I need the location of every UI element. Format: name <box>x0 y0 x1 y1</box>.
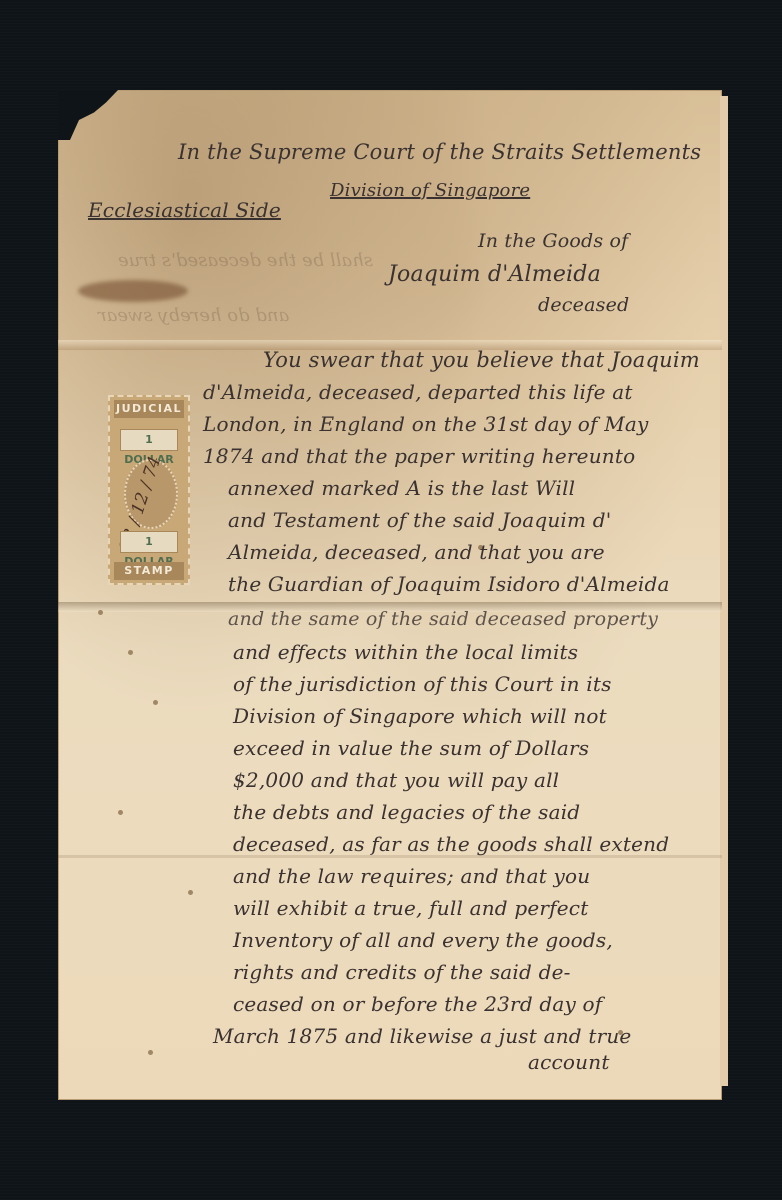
deceased-name: Joaquim d'Almeida <box>388 262 601 287</box>
document-page: shall be the deceased's true and do here… <box>58 90 722 1100</box>
body-line: rights and credits of the said de- <box>233 960 571 984</box>
stamp-value: 1 DOLLAR <box>120 531 178 553</box>
body-line: and effects within the local limits <box>233 640 578 664</box>
matter-line: deceased <box>538 294 629 316</box>
body-line: London, in England on the 31st day of Ma… <box>203 412 649 436</box>
body-line: Division of Singapore which will not <box>233 704 607 728</box>
jurisdiction-heading: Ecclesiastical Side <box>88 198 281 222</box>
body-line: will exhibit a true, full and perfect <box>233 896 588 920</box>
foxing-spot <box>153 700 158 705</box>
foxing-spot <box>118 810 123 815</box>
body-line: ceased on or before the 23rd day of <box>233 992 602 1016</box>
bleed-through-text: shall be the deceased's true <box>118 250 373 271</box>
body-line: and the same of the said deceased proper… <box>228 608 658 630</box>
body-line: You swear that you believe that Joaquim <box>263 348 700 372</box>
stamp-bottom-label: STAMP <box>114 562 184 580</box>
body-line-final: account <box>528 1050 610 1074</box>
foxing-spot <box>128 650 133 655</box>
body-line: deceased, as far as the goods shall exte… <box>233 832 669 856</box>
body-line: 1874 and that the paper writing hereunto <box>203 444 635 468</box>
body-line: and the law requires; and that you <box>233 864 590 888</box>
body-line: of the jurisdiction of this Court in its <box>233 672 612 696</box>
body-line: Inventory of all and every the goods, <box>233 928 613 952</box>
division-heading: Division of Singapore <box>330 180 530 201</box>
body-line: the debts and legacies of the said <box>233 800 580 824</box>
body-line: March 1875 and likewise a just and true <box>213 1024 631 1048</box>
foxing-spot <box>148 1050 153 1055</box>
stamp-value: 1 DOLLAR <box>120 429 178 451</box>
body-line: d'Almeida, deceased, departed this life … <box>203 380 633 404</box>
body-line: $2,000 and that you will pay all <box>233 768 559 792</box>
bleed-through-text: and do hereby swear <box>98 305 289 326</box>
ink-stain <box>78 280 188 302</box>
body-line: Almeida, deceased, and that you are <box>228 540 605 564</box>
judicial-stamp: JUDICIAL 1 DOLLAR 23 / 12 / 74 1 DOLLAR … <box>108 395 190 585</box>
body-line: and Testament of the said Joaquim d' <box>228 508 611 532</box>
page-edge <box>720 96 728 1086</box>
body-line: the Guardian of Joaquim Isidoro d'Almeid… <box>228 572 670 596</box>
foxing-spot <box>98 610 103 615</box>
stamp-top-label: JUDICIAL <box>114 400 184 418</box>
foxing-spot <box>188 890 193 895</box>
court-heading: In the Supreme Court of the Straits Sett… <box>178 140 701 164</box>
matter-line: In the Goods of <box>478 230 628 252</box>
body-line: annexed marked A is the last Will <box>228 476 575 500</box>
body-line: exceed in value the sum of Dollars <box>233 736 589 760</box>
